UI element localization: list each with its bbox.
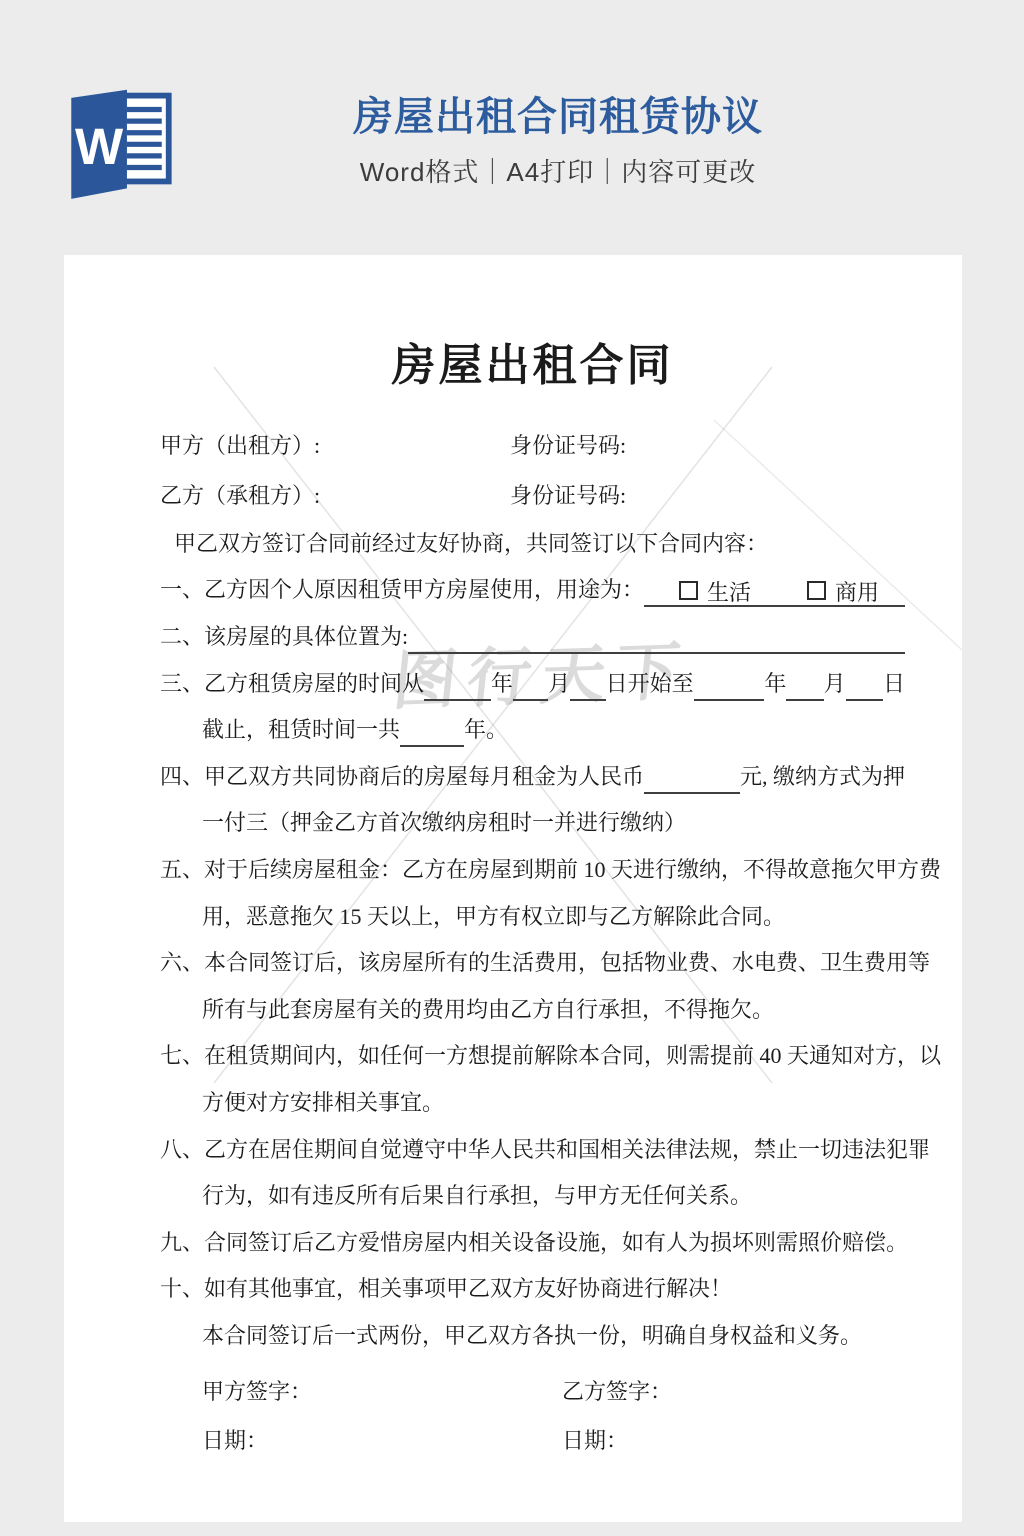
header-title: 房屋出租合同租赁协议 [92,94,1024,140]
text-run: 年 [491,667,513,698]
blank-field[interactable] [884,578,905,607]
checkbox-icon[interactable] [679,581,698,600]
text-run: 该房屋的具体位置为: [204,620,408,651]
text-run: 甲乙双方共同协商后的房屋每月租金为人民币 [204,760,644,791]
party-row: 甲方（出租方）:身份证号码: [160,419,905,469]
clauses: 一、乙方因个人原因租赁甲方房屋使用，用途为：生活商用二、该房屋的具体位置为:三、… [160,566,905,1358]
clause-line: 三、乙方租赁房屋的时间从年月日开始至年月日 [160,659,905,706]
clause-line: 八、乙方在居住期间自觉遵守中华人民共和国相关法律法规，禁止一切违法犯罪 [160,1125,905,1172]
text-run: 月 [548,667,570,698]
clause-line: 七、在租赁期间内，如任何一方想提前解除本合同，则需提前 40 天通知对方，以 [160,1032,905,1079]
clause-continuation-line: 用，恶意拖欠 15 天以上，甲方有权立即与乙方解除此合同。 [160,892,905,939]
party-row-right-label: 身份证号码: [510,429,626,460]
signature-row: 甲方签字：乙方签字： [160,1366,905,1415]
clause-line: 二、该房屋的具体位置为: [160,612,905,659]
clause-continuation-line: 方便对方安排相关事宜。 [160,1078,905,1125]
text-run: 月 [824,667,846,698]
clause-number: 五、 [160,853,204,884]
page-content: 房屋出租合同 甲方（出租方）:身份证号码:乙方（承租方）:身份证号码: 甲乙双方… [64,255,962,1522]
signature-row-left-label: 日期： [202,1424,562,1455]
checkbox-label: 生活 [707,576,751,607]
blank-field[interactable] [846,672,883,701]
checkbox-icon[interactable] [807,581,826,600]
clause-continuation-line: 行为，如有违反所有后果自行承担，与甲方无任何关系。 [160,1171,905,1218]
blank-field[interactable] [786,672,823,701]
text-run: 行为，如有违反所有后果自行承担，与甲方无任何关系。 [202,1179,752,1210]
text-run: 所有与此套房屋有关的费用均由乙方自行承担，不得拖欠。 [202,993,774,1024]
blank-field[interactable] [400,718,464,747]
clause-line: 六、本合同签订后，该房屋所有的生活费用，包括物业费、水电费、卫生费用等 [160,938,905,985]
clause-line: 一、乙方因个人原因租赁甲方房屋使用，用途为：生活商用 [160,566,905,613]
clause-line: 十、如有其他事宜，相关事项甲乙双方友好协商进行解决！ [160,1265,905,1312]
clause-line: 九、合同签订后乙方爱惜房屋内相关设备设施，如有人为损坏则需照价赔偿。 [160,1218,905,1265]
text-run: 合同签订后乙方爱惜房屋内相关设备设施，如有人为损坏则需照价赔偿。 [204,1226,908,1257]
text-run: 年。 [464,713,508,744]
text-run: 年 [764,667,786,698]
blank-field[interactable] [694,672,765,701]
checkbox-option[interactable]: 生活 [674,578,756,607]
signature-row-right-label: 日期： [562,1424,628,1455]
party-row-left-label: 乙方（承租方）: [160,479,510,510]
clause-number: 九、 [160,1226,204,1257]
blank-field[interactable] [424,672,491,701]
clause-line: 四、甲乙双方共同协商后的房屋每月租金为人民币元, 缴纳方式为押 [160,752,905,799]
text-run: 本合同签订后一式两份，甲乙双方各执一份，明确自身权益和义务。 [202,1319,862,1350]
header-subtitle: Word格式｜A4打印｜内容可更改 [92,152,1024,189]
text-run: 乙方租赁房屋的时间从 [204,667,424,698]
text-run: 本合同签订后，该房屋所有的生活费用，包括物业费、水电费、卫生费用等 [204,946,930,977]
text-run: 乙方因个人原因租赁甲方房屋使用，用途为： [204,573,644,604]
signature-section: 甲方签字：乙方签字：日期：日期： [160,1366,905,1464]
clause-continuation-line: 所有与此套房屋有关的费用均由乙方自行承担，不得拖欠。 [160,985,905,1032]
clause-continuation-line: 截止，租赁时间一共年。 [160,705,905,752]
text-run: 元, 缴纳方式为押 [740,760,905,791]
party-row: 乙方（承租方）:身份证号码: [160,469,905,519]
clause-number: 七、 [160,1039,204,1070]
template-preview: W 房屋出租合同租赁协议 Word格式｜A4打印｜内容可更改 图行天下 房屋出租… [0,0,1024,1536]
signature-row-right-label: 乙方签字： [562,1375,672,1406]
party-row-right-label: 身份证号码: [510,479,626,510]
clause-number: 一、 [160,573,204,604]
clause-number: 六、 [160,946,204,977]
party-row-left-label: 甲方（出租方）: [160,429,510,460]
text-run: 如有其他事宜，相关事项甲乙双方友好协商进行解决！ [204,1272,732,1303]
clause-number: 十、 [160,1272,204,1303]
text-run: 日 [883,667,905,698]
blank-field[interactable] [644,578,674,607]
text-run: 乙方在居住期间自觉遵守中华人民共和国相关法律法规，禁止一切违法犯罪 [204,1133,930,1164]
text-run: 日开始至 [606,667,694,698]
checkbox-label: 商用 [835,576,879,607]
blank-field[interactable] [408,625,905,654]
intro-line: 甲乙双方签订合同前经过友好协商，共同签订以下合同内容： [160,519,905,566]
clause-number: 三、 [160,667,204,698]
blank-field[interactable] [570,672,605,701]
contract-page: 图行天下 房屋出租合同 甲方（出租方）:身份证号码:乙方（承租方）:身份证号码:… [64,255,962,1522]
blank-field[interactable] [513,672,548,701]
doc-title: 房屋出租合同 [160,337,905,395]
clause-number: 二、 [160,620,204,651]
signature-row: 日期：日期： [160,1415,905,1464]
text-run: 用，恶意拖欠 15 天以上，甲方有权立即与乙方解除此合同。 [202,900,785,931]
text-run: 截止，租赁时间一共 [202,713,400,744]
clause-number: 八、 [160,1133,204,1164]
clause-continuation-line: 本合同签订后一式两份，甲乙双方各执一份，明确自身权益和义务。 [160,1311,905,1358]
clause-number: 四、 [160,760,204,791]
signature-row-left-label: 甲方签字： [202,1375,562,1406]
text-run: 方便对方安排相关事宜。 [202,1086,444,1117]
text-run: 一付三（押金乙方首次缴纳房租时一并进行缴纳） [202,806,686,837]
text-run: 在租赁期间内，如任何一方想提前解除本合同，则需提前 40 天通知对方，以 [204,1039,941,1070]
checkbox-option[interactable]: 商用 [802,578,884,607]
text-run: 对于后续房屋租金：乙方在房屋到期前 10 天进行缴纳，不得故意拖欠甲方费 [204,853,941,884]
clause-continuation-line: 一付三（押金乙方首次缴纳房租时一并进行缴纳） [160,799,905,846]
blank-field[interactable] [756,578,802,607]
header-text: 房屋出租合同租赁协议 Word格式｜A4打印｜内容可更改 [92,94,1024,189]
blank-field[interactable] [644,765,740,794]
header: W 房屋出租合同租赁协议 Word格式｜A4打印｜内容可更改 [0,0,1024,255]
party-section: 甲方（出租方）:身份证号码:乙方（承租方）:身份证号码: [160,419,905,519]
clause-line: 五、对于后续房屋租金：乙方在房屋到期前 10 天进行缴纳，不得故意拖欠甲方费 [160,845,905,892]
